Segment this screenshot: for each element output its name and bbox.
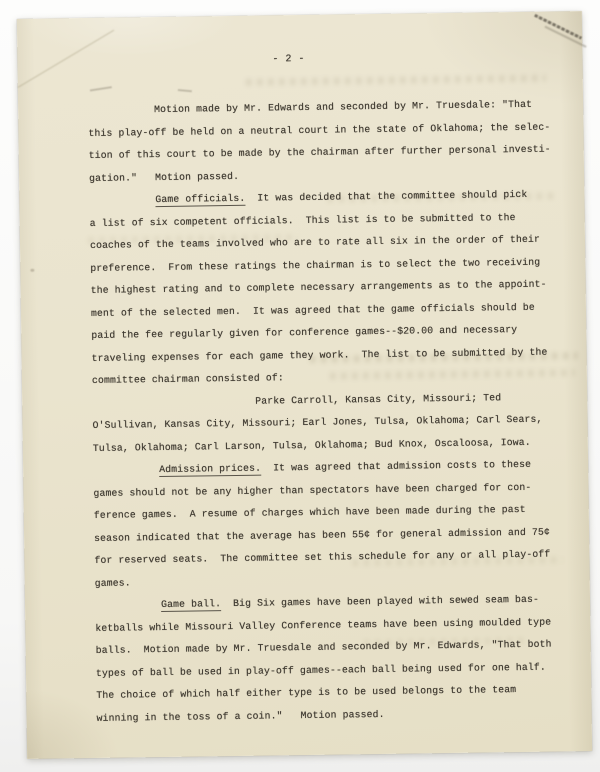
section-heading: Game officials. xyxy=(155,193,245,207)
paper-blemish xyxy=(30,269,34,272)
faint-pencil-mark xyxy=(90,86,112,91)
page-number: - 2 - xyxy=(272,49,305,72)
text-line-continuation: Big Six games have been played with sewe… xyxy=(221,594,539,609)
text-line-continuation: It was decided that the committee should… xyxy=(245,189,527,204)
bleed-through-smudge xyxy=(246,75,546,86)
document-page: - 2 - Motion made by Mr. Edwards and sec… xyxy=(17,11,592,759)
scanned-document-screenshot: { "colors": { "paper": "#eae4ce", "ink":… xyxy=(0,0,600,772)
section-heading: Game ball. xyxy=(161,598,221,612)
scanner-background: - 2 - Motion made by Mr. Edwards and sec… xyxy=(0,0,600,772)
text-line-continuation: It was agreed that admission costs to th… xyxy=(261,459,531,474)
section-heading: Admission prices. xyxy=(159,463,261,477)
crease-shadow-top-right xyxy=(545,26,587,48)
crease-mark-top-right xyxy=(534,14,582,39)
document-body: Motion made by Mr. Edwards and seconded … xyxy=(88,93,569,730)
fold-line-top-left xyxy=(18,30,115,88)
faint-pencil-mark xyxy=(178,89,192,92)
